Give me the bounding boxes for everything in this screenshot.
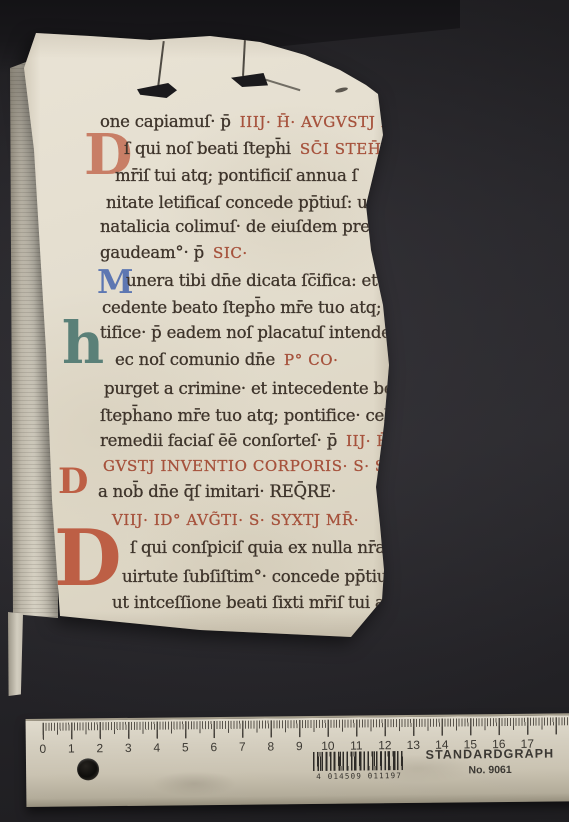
text-run-ink: purget a crimine· et intecedente bea xyxy=(104,379,403,398)
ruler-number-8: 8 xyxy=(261,739,281,753)
manuscript-line-15: a nob̄ dn̄e q̄ſ imitari· REQ̄RE· xyxy=(98,481,336,503)
photo-canvas: D M h D D one capiamuſ· p̄IIIJ· H̄· AVGV… xyxy=(0,0,569,822)
ruler-number-6: 6 xyxy=(204,740,224,754)
ruler-number-4: 4 xyxy=(147,741,167,755)
ruler-number-9: 9 xyxy=(289,739,309,753)
ruler-hanging-hole xyxy=(77,758,99,780)
text-run-ink: ut intceſſione beati ſixti mr̄iſ tui atq… xyxy=(112,593,407,612)
ruler-number-3: 3 xyxy=(118,741,138,755)
illuminated-initial-D-red-small: D xyxy=(58,464,88,499)
ruler-number-1: 1 xyxy=(61,741,81,755)
ruler: 0 1 2 3 4 5 6 7 8 9 10 11 12 13 14 15 16… xyxy=(26,713,569,807)
manuscript-line-8: cedente beato ſteph̄o mr̄e tuo atq; p xyxy=(102,297,397,319)
text-run-ink: ſteph̄ano mr̄e tuo atq; pontifice· celeſ xyxy=(100,406,405,425)
text-run-ink: tifice· p̄ eadem noſ placatuſ intende xyxy=(100,323,391,342)
manuscript-page: D M h D D one capiamuſ· p̄IIIJ· H̄· AVGV… xyxy=(18,28,392,642)
manuscript-line-18: uirtute ſubſiſtim°· concede pp̄tiuſ xyxy=(122,566,393,588)
manuscript-line-10: ec noſ comunio dn̄eP° CO· xyxy=(115,349,339,371)
ruler-brand-label: STANDARDGRAPH xyxy=(412,746,568,762)
text-run-rubric: GVSTJ INVENTIO CORPORIS· S· STH̄I· xyxy=(103,457,422,475)
manuscript-line-19: ut intceſſione beati ſixti mr̄iſ tui atq… xyxy=(112,592,407,614)
text-run-ink: ſ qui noſ beati ſteph̄i xyxy=(124,139,291,158)
text-run-rubric: IIJ· H̄· A xyxy=(346,432,412,450)
text-run-ink: mr̄iſ tui atq; pontificiſ annua ſ xyxy=(115,166,358,185)
parchment-blemish xyxy=(335,86,349,93)
text-run-ink: natalicia colimuſ· de eiuſdem prece xyxy=(100,217,388,236)
manuscript-line-3: mr̄iſ tui atq; pontificiſ annua ſ xyxy=(115,165,358,187)
ruler-number-0: 0 xyxy=(33,742,53,756)
tear-crack-3 xyxy=(266,79,301,91)
tear-hole-2 xyxy=(231,73,268,87)
manuscript-line-6: gaudeam°· p̄SIC· xyxy=(100,242,248,264)
manuscript-line-17: ſ qui conſpiciſ quia ex nulla nr̄a xyxy=(130,537,385,559)
text-run-rubric: P° CO· xyxy=(284,351,339,369)
manuscript-line-1: one capiamuſ· p̄IIIJ· H̄· AVGVSTJ NAT xyxy=(100,111,416,133)
text-run-ink: cedente beato ſteph̄o mr̄e tuo atq; p xyxy=(102,298,397,317)
text-run-ink: nitate letificaſ concede pp̄tiuſ: ut xyxy=(106,193,374,212)
text-run-rubric: VIIJ· ID° AVG̃TI· S· SYXTJ MR̄· xyxy=(112,511,359,529)
text-run-ink: ſ qui conſpiciſ quia ex nulla nr̄a xyxy=(130,538,385,557)
manuscript-line-5: natalicia colimuſ· de eiuſdem prece xyxy=(100,216,388,238)
manuscript-line-16: VIIJ· ID° AVG̃TI· S· SYXTJ MR̄· xyxy=(112,509,359,531)
barcode xyxy=(313,751,405,771)
illuminated-initial-h-teal: h xyxy=(62,314,104,372)
ruler-number-5: 5 xyxy=(175,740,195,754)
text-run-rubric: SC̄I STEH̄I · xyxy=(300,140,399,158)
manuscript-line-14: GVSTJ INVENTIO CORPORIS· S· STH̄I· xyxy=(103,455,422,477)
manuscript-line-2: ſ qui noſ beati ſteph̄iSC̄I STEH̄I · xyxy=(124,138,399,160)
barcode-digits: 4 014509 011197 xyxy=(307,771,411,781)
manuscript-line-4: nitate letificaſ concede pp̄tiuſ: ut xyxy=(106,192,374,214)
ruler-number-7: 7 xyxy=(232,740,252,754)
manuscript-line-7: unera tibi dn̄e dicata ſc̄ifica: et xyxy=(126,270,378,292)
ruler-model-label: No. 9061 xyxy=(412,763,568,777)
text-run-rubric: IIIJ· H̄· AVGVSTJ NAT xyxy=(240,113,416,131)
ruler-number-2: 2 xyxy=(90,741,110,755)
tear-crack-1 xyxy=(157,41,164,86)
text-run-ink: unera tibi dn̄e dicata ſc̄ifica: et xyxy=(126,271,378,290)
text-run-rubric: SIC· xyxy=(213,244,248,262)
text-run-ink: ec noſ comunio dn̄e xyxy=(115,350,275,369)
manuscript-line-11: purget a crimine· et intecedente bea xyxy=(104,378,403,400)
page-shadow: D M h D D one capiamuſ· p̄IIIJ· H̄· AVGV… xyxy=(18,28,392,642)
text-run-ink: a nob̄ dn̄e q̄ſ imitari· REQ̄RE· xyxy=(98,482,336,501)
manuscript-line-9: tifice· p̄ eadem noſ placatuſ intende xyxy=(100,322,391,344)
manuscript-line-12: ſteph̄ano mr̄e tuo atq; pontifice· celeſ xyxy=(100,405,405,427)
text-run-ink: uirtute ſubſiſtim°· concede pp̄tiuſ xyxy=(122,567,393,586)
tear-crack-2 xyxy=(242,39,246,76)
text-run-ink: remedii faciaſ ēē conſorteſ· p̄ xyxy=(100,431,337,450)
text-run-ink: one capiamuſ· p̄ xyxy=(100,112,231,131)
manuscript-line-13: remedii faciaſ ēē conſorteſ· p̄IIJ· H̄· … xyxy=(100,430,412,452)
illuminated-initial-D-red-large: D xyxy=(54,520,122,598)
text-run-ink: gaudeam°· p̄ xyxy=(100,243,204,262)
